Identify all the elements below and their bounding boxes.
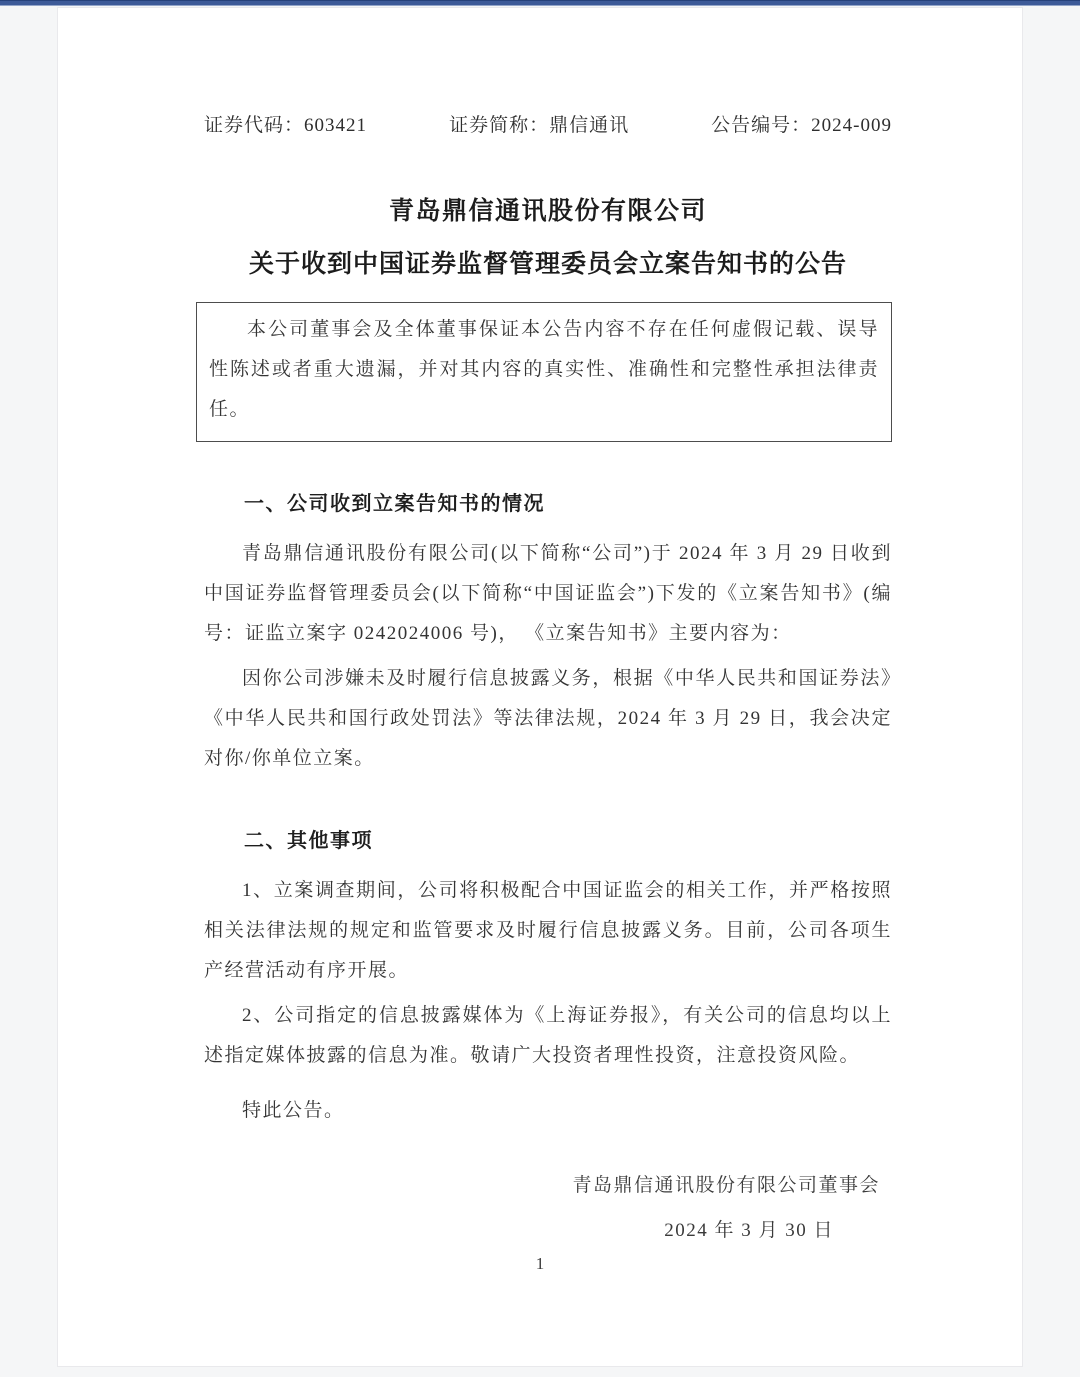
document-content: 证券代码：603421 证券简称：鼎信通讯 公告编号：2024-009 青岛鼎信… xyxy=(58,8,1022,1251)
stock-code: 证券代码：603421 xyxy=(204,116,367,136)
section-1-paragraph-1: 青岛鼎信通讯股份有限公司(以下简称“公司”)于 2024 年 3 月 29 日收… xyxy=(204,534,892,654)
document-page: 证券代码：603421 证券简称：鼎信通讯 公告编号：2024-009 青岛鼎信… xyxy=(57,7,1023,1367)
section-2-heading: 二、其他事项 xyxy=(204,821,892,861)
announcement-number: 公告编号：2024-009 xyxy=(711,116,892,136)
doc-header: 证券代码：603421 证券简称：鼎信通讯 公告编号：2024-009 xyxy=(204,116,892,136)
announcement-number-label: 公告编号： xyxy=(711,115,811,136)
section-1-paragraph-2: 因你公司涉嫌未及时履行信息披露义务，根据《中华人民共和国证券法》《中华人民共和国… xyxy=(204,659,892,779)
section-2-paragraph-2: 2、公司指定的信息披露媒体为《上海证券报》，有关公司的信息均以上述指定媒体披露的… xyxy=(204,996,892,1076)
section-1-heading: 一、公司收到立案告知书的情况 xyxy=(204,484,892,524)
stock-code-label: 证券代码： xyxy=(204,115,304,136)
stock-name-value: 鼎信通讯 xyxy=(549,115,629,136)
top-accent-bar xyxy=(0,0,1080,6)
stock-name-label: 证券简称： xyxy=(449,115,549,136)
page-number: 1 xyxy=(58,1253,1022,1275)
announcement-number-value: 2024-009 xyxy=(811,115,892,136)
disclaimer-box: 本公司董事会及全体董事保证本公告内容不存在任何虚假记载、误导性陈述或者重大遗漏，… xyxy=(196,302,892,442)
disclaimer-text: 本公司董事会及全体董事保证本公告内容不存在任何虚假记载、误导性陈述或者重大遗漏，… xyxy=(209,310,879,430)
stock-name: 证券简称：鼎信通讯 xyxy=(449,116,629,136)
closing-statement: 特此公告。 xyxy=(204,1091,892,1131)
announcement-title: 关于收到中国证券监督管理委员会立案告知书的公告 xyxy=(204,250,892,280)
company-title: 青岛鼎信通讯股份有限公司 xyxy=(204,197,892,227)
signature-date: 2024 年 3 月 30 日 xyxy=(204,1211,892,1251)
signature-entity: 青岛鼎信通讯股份有限公司董事会 xyxy=(204,1166,892,1206)
section-2-paragraph-1: 1、立案调查期间，公司将积极配合中国证监会的相关工作，并严格按照相关法律法规的规… xyxy=(204,871,892,991)
stock-code-value: 603421 xyxy=(304,115,367,136)
